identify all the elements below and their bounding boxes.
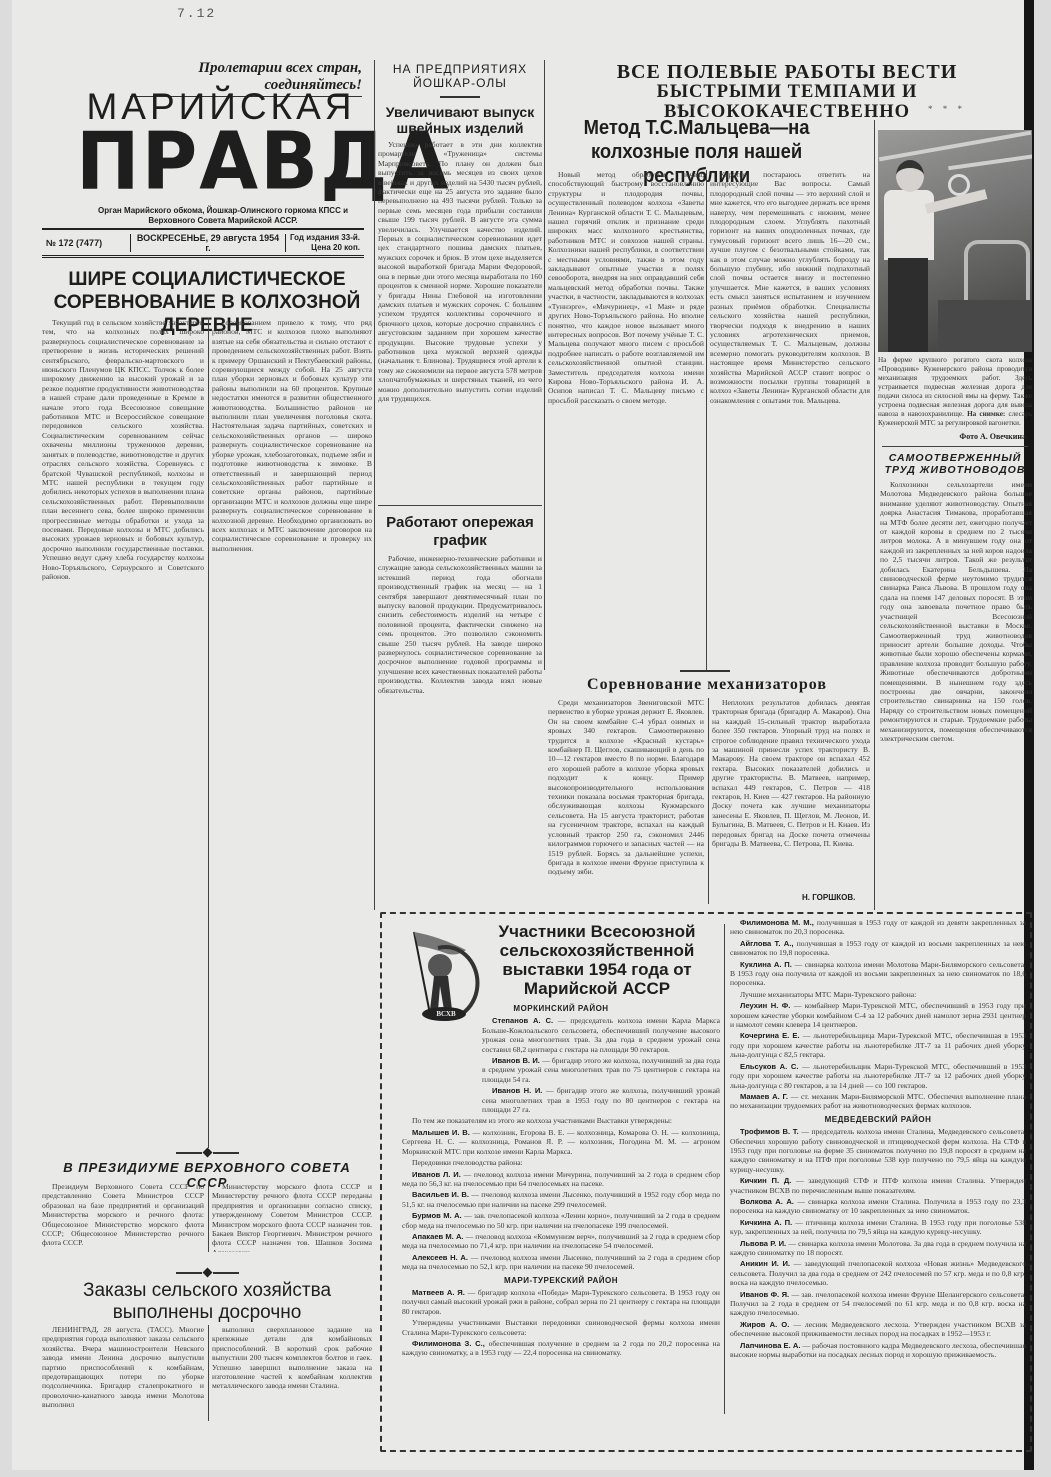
caption-text: На ферме крупного рогатого скота колхоза… [878,356,1032,418]
article-text: Среди механизаторов Звениговской МТС пер… [548,698,704,877]
exhibition-entry: Бурмов М. А. — зав. пчелопасекой колхоза… [402,1211,720,1230]
photo-credit: Фото А. Овечкина. [878,432,1028,441]
short-rule [680,670,730,672]
article-text: Президиум Верховного Совета СССР по пред… [42,1182,204,1248]
participant-name: Иванов В. И. [492,1056,542,1065]
article-maltsev-col2: Коротко постараюсь ответить на интересую… [710,170,870,640]
exhibition-entry: Волкова А. А. — свинарка колхоза имени С… [730,1197,1026,1216]
exhibition-entry: Кичкин П. Д. — заведующий СТФ и ПТФ колх… [730,1176,1026,1195]
article-sorevnovanie-col1: Среди механизаторов Звениговской МТС пер… [548,698,704,904]
exhibition-entry: Иванов Л. И. — пчеловод колхоза имени Ми… [402,1170,720,1189]
exhibition-entry: Филимонова З. С., обеспечившая получение… [402,1339,720,1358]
issue-price: Цена 20 коп. [290,243,360,253]
participant-name: Аникин И. И. [740,1259,794,1268]
column-rule [874,120,875,910]
headline-sorevnovanie: Соревнование механизаторов [542,676,872,694]
column-rule [208,1325,209,1421]
participant-name: Иванов Ф. Я. [740,1290,792,1299]
exhibition-entry: Леухин Н. Ф. — комбайнер Мари-Турекской … [730,1001,1026,1029]
participant-name: Малышев И. В. [412,1128,473,1137]
stars-ornament: * * * [928,104,966,114]
issue-year: Год издания 33-й. [290,233,360,243]
section-rule [882,446,1028,447]
participant-name: Филимонова З. С., [412,1339,489,1348]
exhibition-entry: Ельсуков А. С. — льнотеребильщик Мари-Ту… [730,1062,1026,1090]
participant-name: Мамаев А. Г. [740,1092,791,1101]
exhibition-entry: Трофимов В. Т. — председатель колхоза им… [730,1127,1026,1174]
issue-info-bar: № 172 (7477) ВОСКРЕСЕНЬЕ, 29 августа 195… [42,228,364,258]
masthead-title-main: ПРАВДА [76,124,362,198]
participant-name: Алексеев Н. А. [412,1253,471,1262]
exhibition-entry: Иванов В. И. — бригадир этого же колхоза… [482,1056,720,1084]
participant-name: Кичкина А. П. [740,1218,795,1227]
article-zakazy-col2: выполнил сверхплановое задание на крепеж… [212,1325,372,1421]
article-text: Текущий год в сельском хозяйстве характе… [42,318,204,581]
issue-number: № 172 (7477) [42,238,130,248]
participant-name: Ельсуков А. С. [740,1062,802,1071]
exhibition-entry: Львова Р. И. — свинарка колхоза имени Мо… [730,1239,1026,1258]
column-rule [208,1182,209,1252]
headline-operezh: Работают опережая график [376,514,544,550]
article-text: Успешно работает в эти дни коллектив про… [378,140,542,403]
participant-name: Иванов Л. И. [412,1170,464,1179]
exhibition-entry: Айглова Т. А., получившая в 1953 году от… [730,939,1026,958]
ornament-divider [162,1268,252,1277]
exhibition-entry: Аникин И. И. — заведующий пчелопасекой к… [730,1259,1026,1287]
participant-name: Кичкин П. Д. [740,1176,796,1185]
exhibition-entry: Жиров А. О. — лесник Медведевского лесхо… [730,1320,1026,1339]
stars-ornament: * * * [676,104,714,114]
column-rule [706,170,707,670]
newspaper-page: 7.12 Пролетарии всех стран, соединяйтесь… [12,0,1034,1470]
column-rule [724,924,725,1414]
article-shire-col1: Текущий год в сельском хозяйстве характе… [42,318,204,1148]
participant-name: Куклина А. П. [740,960,795,969]
column-rule [374,60,375,910]
article-text: выполнил сверхплановое задание на крепеж… [212,1325,372,1391]
exhibition-entry: Матвеев А. Я. — бригадир колхоза «Победа… [402,1288,720,1316]
article-shire-col2: соревнованием привело к тому, что ряд ра… [212,318,372,1148]
article-text: Министерству морского флота СССР и Минис… [212,1182,372,1252]
participant-name: Айглова Т. А., [740,939,797,948]
article-shvein: Успешно работает в эти дни коллектив про… [378,140,542,500]
article-sorevnovanie-col2: Неплохих результатов добилась девятая тр… [712,698,870,888]
column-rule [208,318,209,1148]
author-signature: Н. ГОРШКОВ. [802,893,855,902]
short-rule [440,96,480,98]
participant-name: Кочергина Е. Е. [740,1031,803,1040]
participant-name: Волкова А. А. [740,1197,797,1206]
headline-zakazy: Заказы сельского хозяйства выполнены дос… [42,1280,372,1324]
caption-bold: На снимке: [967,410,1005,418]
participant-name: Лапчинова Е. А. [740,1341,803,1350]
participant-name: Трофимов В. Т. [740,1127,801,1136]
exhibition-entry: Апакаев М. А. — пчеловод колхоза «Коммун… [402,1232,720,1251]
article-text: ЛЕНИНГРАД, 28 августа. (ТАСС). Многие пр… [42,1325,204,1410]
exhibition-entry: Степанов А. С. — председатель колхоза им… [482,1016,720,1054]
exhibition-entry: Мамаев А. Г. — ст. механик Мари-Биляморс… [730,1092,1026,1111]
participant-name: Апакаев М. А. [412,1232,466,1241]
exhibition-entry: Филимонова М. М., получившая в 1953 году… [730,918,1026,937]
exhibition-entry: Лучшие механизаторы МТС Мари-Турекского … [730,990,1026,999]
article-presidium-col1: Президиум Верховного Совета СССР по пред… [42,1182,204,1252]
participant-name: Матвеев А. Я. [412,1288,468,1297]
participant-name: Леухин Н. Ф. [740,1001,794,1010]
participant-name: Васильев И. В. [412,1190,471,1199]
exhibition-left-column: МОРКИНСКИЙ РАЙОНСтепанов А. С. — председ… [402,1000,720,1440]
exhibition-entry: Передовики пчеловодства района: [402,1158,720,1167]
participant-name: Степанов А. С. [492,1016,558,1025]
article-text: Неплохих результатов добилась девятая тр… [712,698,870,849]
exhibition-entry: Лапчинова Е. А. — рабочая постоянного ка… [730,1341,1026,1360]
issue-year-price: Год издания 33-й. Цена 20 коп. [286,233,364,253]
participant-name: Иванов Н. И. [492,1086,546,1095]
participant-name: Жиров А. О. [740,1320,793,1329]
article-presidium-col2: Министерству морского флота СССР и Минис… [212,1182,372,1252]
article-operezh: Рабочие, инженерно-технические работники… [378,554,542,904]
exhibition-entry: Утверждены участниками Выставки передови… [402,1318,720,1337]
banner-line-1: ВСЕ ПОЛЕВЫЕ РАБОТЫ ВЕСТИ [542,62,1032,82]
exhibition-entry: Малышев И. В. — колхозник, Егорова В. Е.… [402,1128,720,1156]
photo-caption: На ферме крупного рогатого скота колхоза… [878,356,1032,428]
exhibition-entry: Алексеев Н. А. — пчеловод колхоза имени … [402,1253,720,1272]
issue-date: ВОСКРЕСЕНЬЕ, 29 августа 1954 г. [131,233,285,253]
article-text: Рабочие, инженерно-технические работники… [378,554,542,695]
article-maltsev-col1: Новый метод обработки почвы, способствую… [548,170,704,640]
article-samootverzhenny: Колхозники сельхозартели имени Молотова … [880,480,1032,910]
participant-name: Львова Р. И. [740,1239,788,1248]
participant-text: Лучшие механизаторы МТС Мари-Турекского … [740,990,916,999]
exhibition-entry: Иванов Н. И. — бригадир этого же колхоза… [482,1086,720,1114]
column-rule [708,698,709,904]
district-heading: МЕДВЕДЕВСКИЙ РАЙОН [730,1115,1026,1124]
masthead-organ: Орган Марийского обкома, Йошкар-Олинског… [88,206,358,226]
exhibition-entry: По тем же показателям из этого же колхоз… [402,1116,720,1125]
exhibition-entry: Кичкина А. П. — птичница колхоза имени С… [730,1218,1026,1237]
participant-text: Утверждены участниками Выставки передови… [402,1318,720,1336]
exhibition-entry: Васильев И. В. — пчеловод колхоза имени … [402,1190,720,1209]
headline-shvein: Увеличивают выпуск швейных изделий [376,104,544,136]
participant-name: Бурмов М. А. [412,1211,464,1220]
district-heading: МАРИ-ТУРЕКСКИЙ РАЙОН [402,1276,720,1285]
article-text: соревнованием привело к тому, что ряд ра… [212,318,372,553]
participant-name: Филимонова М. М., [740,918,817,927]
article-text: Новый метод обработки почвы, способствую… [548,170,704,405]
article-text: Колхозники сельхозартели имени Молотова … [880,480,1032,743]
exhibition-right-column: Филимонова М. М., получившая в 1953 году… [730,918,1026,1438]
exhibition-entry: Кочергина Е. Е. — льнотеребильщица Мари-… [730,1031,1026,1059]
participant-text: Передовики пчеловодства района: [412,1158,523,1167]
section-rule [378,505,542,506]
exhibition-entry: Куклина А. П. — свинарка колхоза имени М… [730,960,1026,988]
article-text: Коротко постараюсь ответить на интересую… [710,170,870,405]
section-kicker: НА ПРЕДПРИЯТИЯХ ЙОШКАР-ОЛЫ [376,62,544,90]
page-marker: 7.12 [177,6,216,21]
article-zakazy-col1: ЛЕНИНГРАД, 28 августа. (ТАСС). Многие пр… [42,1325,204,1421]
headline-uchastniki: Участники Всесоюзной сельскохозяйственно… [482,922,712,998]
headline-samootverzhenny: САМООТВЕРЖЕННЫЙ ТРУД ЖИВОТНОВОДОВ [878,452,1032,476]
ornament-divider [162,1148,252,1157]
participant-text: По тем же показателям из этого же колхоз… [412,1116,672,1125]
exhibition-entry: Иванов Ф. Я. — зав. пчелопасекой колхоза… [730,1290,1026,1318]
news-photo [878,130,1032,352]
district-heading: МОРКИНСКИЙ РАЙОН [402,1004,720,1013]
